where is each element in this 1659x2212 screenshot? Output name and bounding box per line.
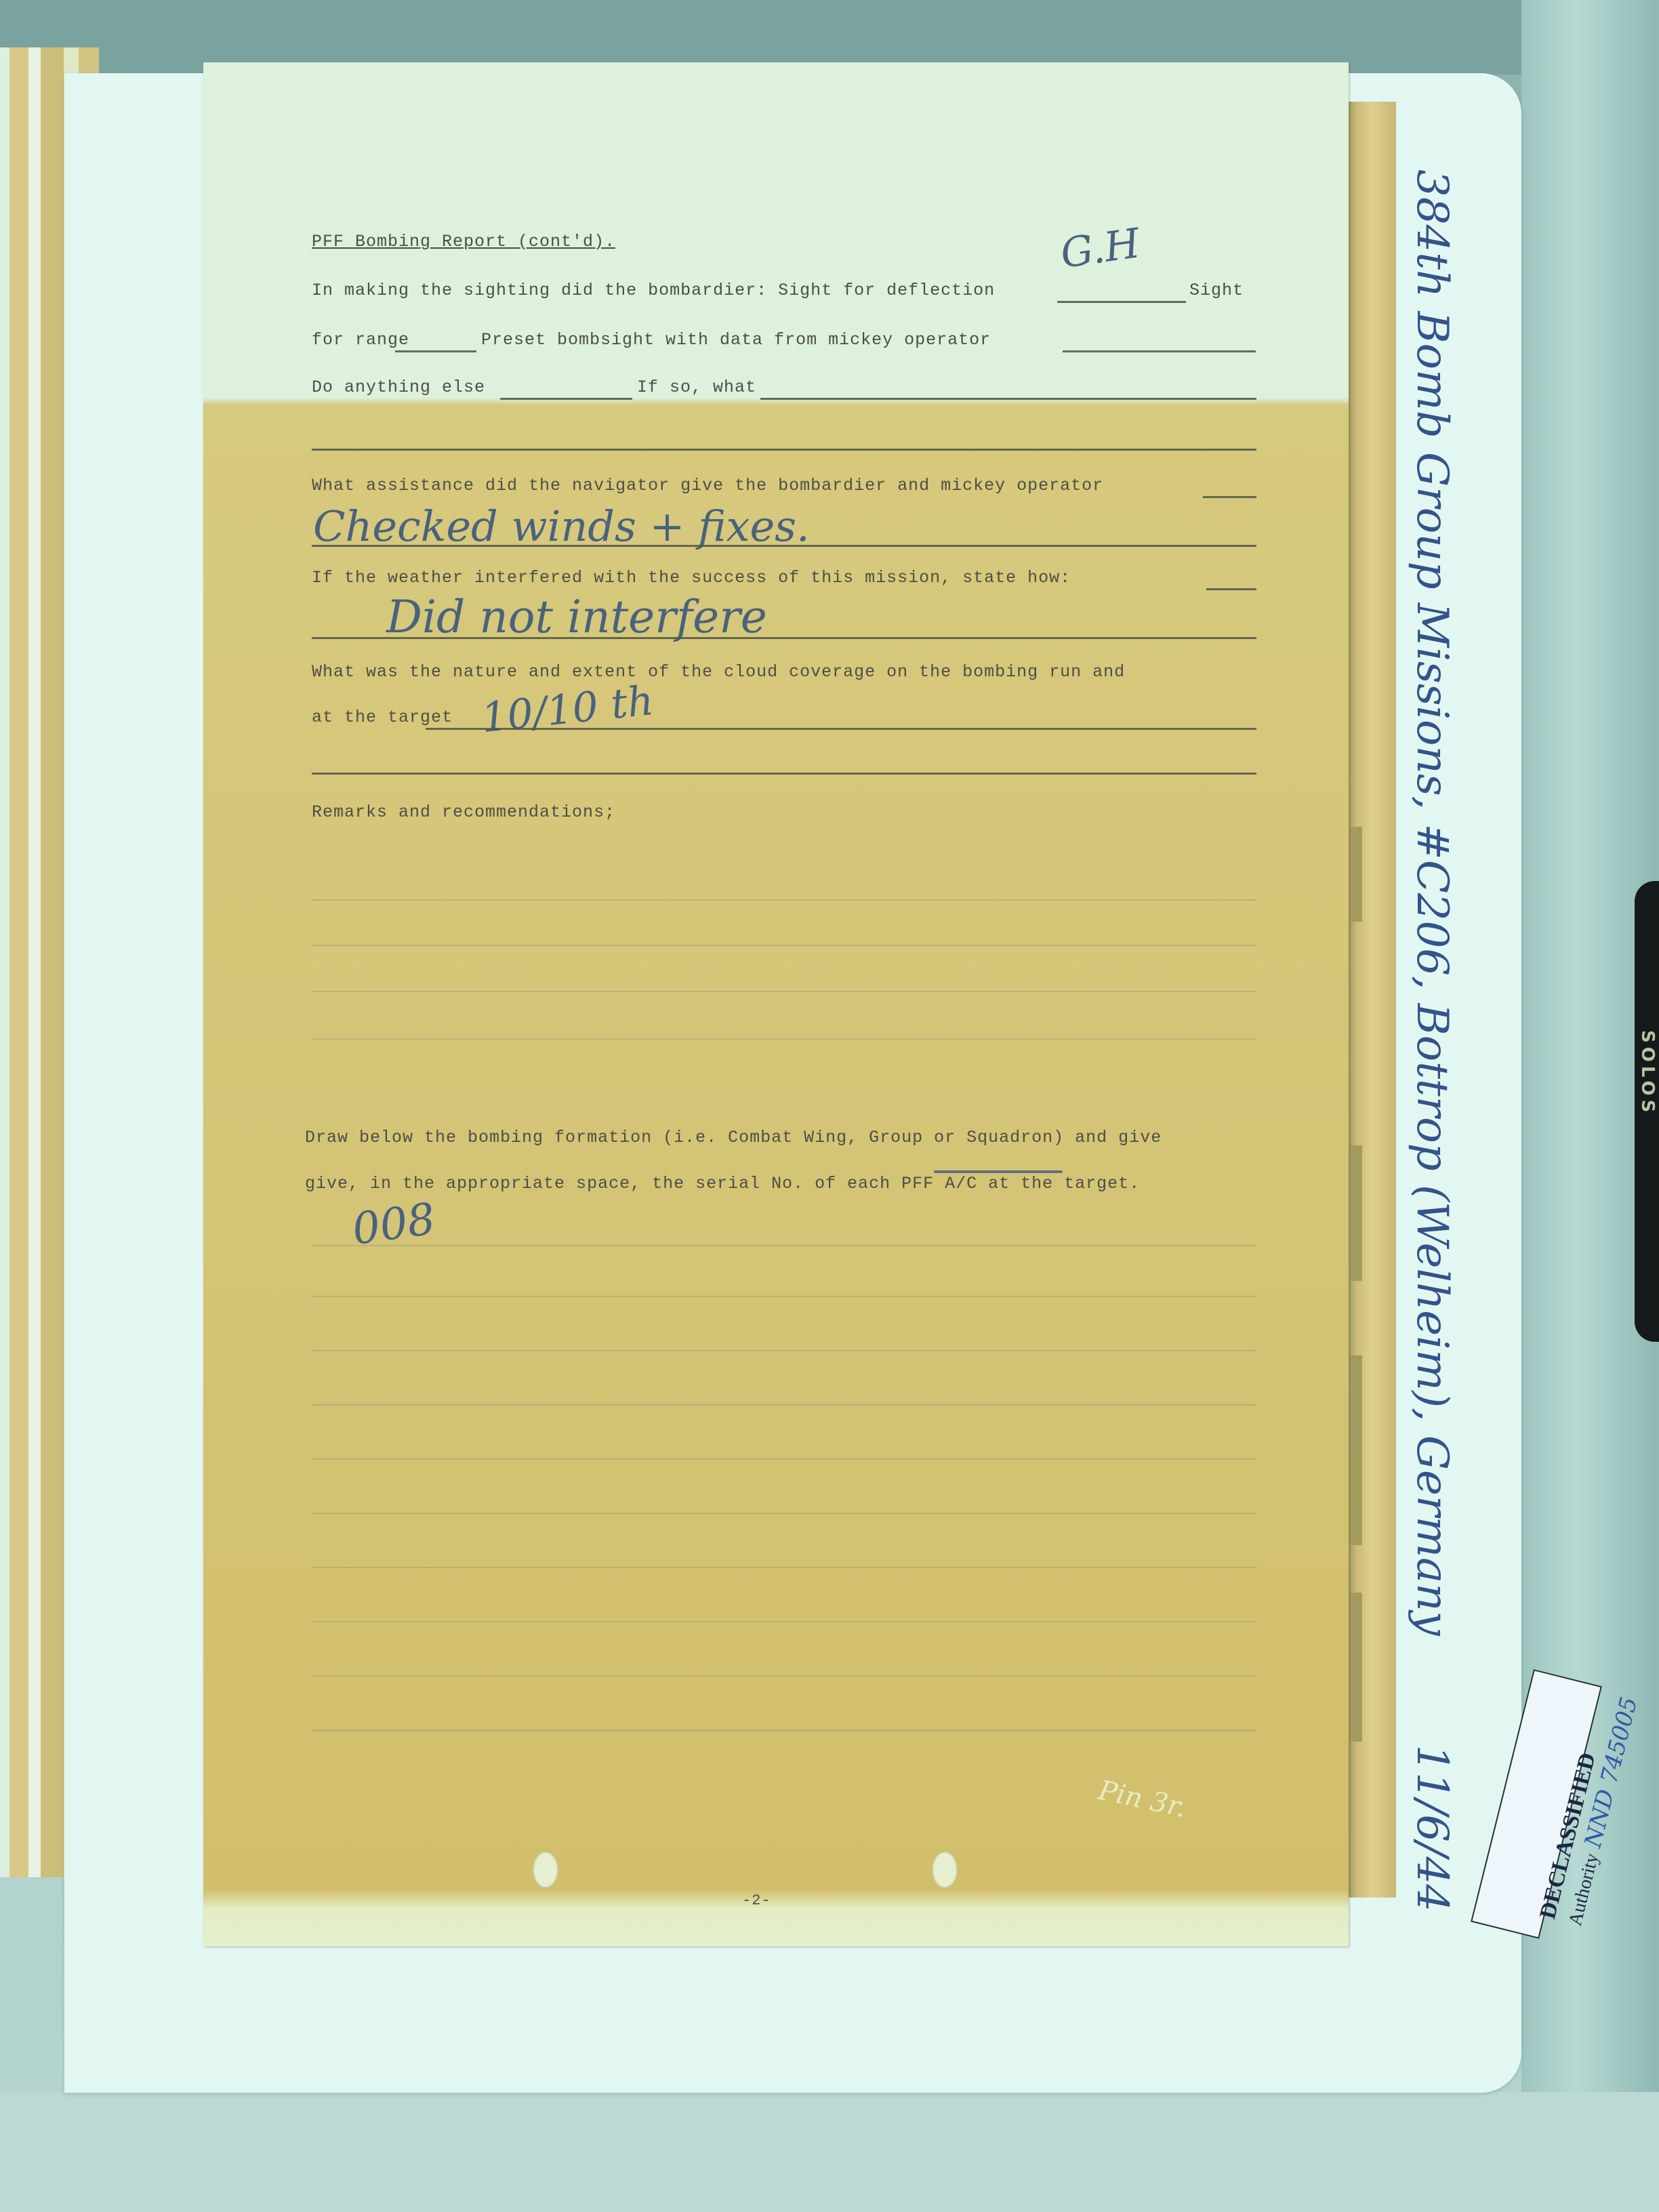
weather-answer-line xyxy=(312,637,1256,639)
black-device: SOLOS xyxy=(1635,881,1659,1342)
cloud-answer-line xyxy=(426,728,1256,730)
right-paper-stack xyxy=(1342,102,1396,1898)
formation-instruction-2: give, in the appropriate space, the seri… xyxy=(305,1174,1140,1193)
anything-else-label: Do anything else xyxy=(312,377,485,397)
range-label: for range xyxy=(312,330,409,350)
punch-hole-right xyxy=(932,1851,958,1888)
page-number: -2- xyxy=(742,1892,771,1909)
navigator-question: What assistance did the navigator give t… xyxy=(312,476,1103,495)
device-label: SOLOS xyxy=(1637,1030,1658,1116)
punch-hole-left xyxy=(533,1851,558,1888)
faint-pencil-mark: Pin 3r. xyxy=(1096,1775,1189,1824)
range-blank xyxy=(395,350,476,352)
blank-line-2 xyxy=(312,773,1256,775)
background-bottom xyxy=(0,2092,1659,2212)
blank-line xyxy=(312,449,1256,451)
navigator-blank-end xyxy=(1203,496,1256,498)
navigator-answer-line xyxy=(312,545,1256,547)
cloud-question: What was the nature and extent of the cl… xyxy=(312,662,1125,682)
remarks-label: Remarks and recommendations; xyxy=(312,802,615,822)
if-so-label: If so, what xyxy=(637,377,756,397)
document-page: PFF Bombing Report (cont'd). G.H In maki… xyxy=(203,62,1349,1946)
mickey-blank xyxy=(1063,350,1256,352)
squadron-pen-underline xyxy=(934,1170,1063,1173)
formation-instruction-1: Draw below the bombing formation (i.e. C… xyxy=(305,1128,1162,1147)
sight-label: Sight xyxy=(1189,281,1244,300)
deflection-blank xyxy=(1057,301,1186,303)
if-so-blank xyxy=(760,398,1256,400)
anything-else-blank xyxy=(500,398,632,400)
cloud-answer: 10/10 th xyxy=(479,677,656,742)
folder-label-date: 11/6/44 xyxy=(1407,1744,1457,1912)
sighting-question: In making the sighting did the bombardie… xyxy=(312,281,995,300)
weather-question: If the weather interfered with the succe… xyxy=(312,568,1071,588)
weather-blank-end xyxy=(1206,588,1256,590)
cloud-question-target: at the target xyxy=(312,708,453,727)
weather-answer: Did not interfere xyxy=(386,591,767,643)
navigator-answer: Checked winds + fixes. xyxy=(313,501,810,551)
folder-label: 384th Bomb Group Missions, #C206, Bottro… xyxy=(1407,169,1457,1912)
preset-question: Preset bombsight with data from mickey o… xyxy=(481,330,991,350)
document-header: PFF Bombing Report (cont'd). xyxy=(312,232,615,251)
folder-label-text: 384th Bomb Group Missions, #C206, Bottro… xyxy=(1407,169,1457,1636)
initials: G.H xyxy=(1058,220,1143,278)
